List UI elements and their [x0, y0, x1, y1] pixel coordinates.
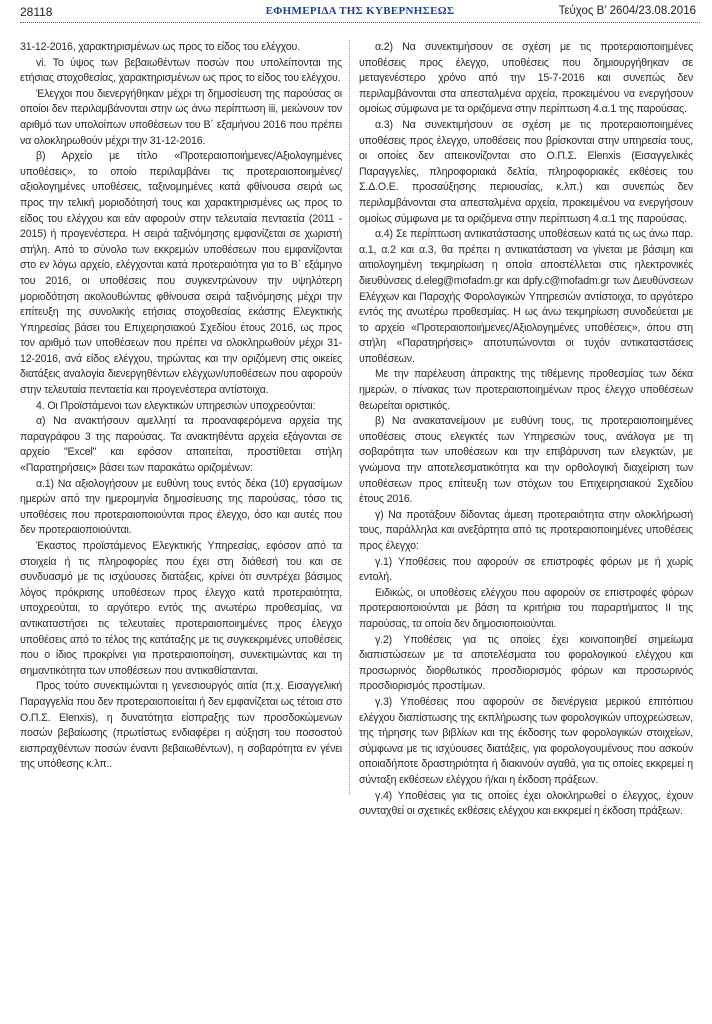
issue-number: Τεύχος Β’ 2604/23.08.2016	[559, 5, 696, 17]
paragraph: γ.1) Υποθέσεις που αφορούν σε επιστροφές…	[359, 555, 693, 586]
paragraph: α.2) Να συνεκτιμήσουν σε σχέση με τις πρ…	[359, 40, 693, 118]
left-column: 31-12-2016, χαρακτηρισμένων ως προς το ε…	[20, 40, 342, 773]
column-divider	[349, 40, 350, 795]
paragraph: γ.3) Υποθέσεις που αφορούν σε διενέργεια…	[359, 695, 693, 789]
paragraph: 4. Οι Προϊστάμενοι των ελεγκτικών υπηρεσ…	[20, 399, 342, 415]
paragraph: Έκαστος προϊστάμενος Ελεγκτικής Υπηρεσία…	[20, 539, 342, 679]
paragraph: γ) Να προτάξουν δίδοντας άμεση προτεραιό…	[359, 508, 693, 555]
paragraph: α.1) Να αξιολογήσουν με ευθύνη τους εντό…	[20, 477, 342, 539]
paragraph: γ.2) Υποθέσεις για τις οποίες έχει κοινο…	[359, 633, 693, 695]
paragraph: β) Αρχείο με τίτλο «Προτεραιοποιήμενες/Α…	[20, 149, 342, 399]
paragraph: α) Να ανακτήσουν αμελλητί τα προαναφερόμ…	[20, 414, 342, 476]
paragraph: Προς τούτο συνεκτιμώνται η γενεσιουργός …	[20, 679, 342, 773]
paragraph: 31-12-2016, χαρακτηρισμένων ως προς το ε…	[20, 40, 342, 56]
right-column: α.2) Να συνεκτιμήσουν σε σχέση με τις πρ…	[359, 40, 693, 820]
paragraph: vi. Το ύψος των βεβαιωθέντων ποσών που υ…	[20, 56, 342, 87]
paragraph: Με την παρέλευση άπρακτης της τιθέμενης …	[359, 367, 693, 414]
paragraph: β) Να ανακατανείμουν με ευθύνη τους, τις…	[359, 414, 693, 508]
paragraph: Ειδικώς, οι υποθέσεις ελέγχου που αφορού…	[359, 586, 693, 633]
paragraph: α.3) Να συνεκτιμήσουν σε σχέση με τις πρ…	[359, 118, 693, 227]
paragraph: α.4) Σε περίπτωση αντικατάστασης υποθέσε…	[359, 227, 693, 367]
header-rule	[20, 22, 700, 23]
paragraph: γ.4) Υποθέσεις για τις οποίες έχει ολοκλ…	[359, 789, 693, 820]
page-header: 28118 ΕΦΗΜΕΡΙΔΑ ΤΗΣ ΚΥΒΕΡΝΗΣΕΩΣ Τεύχος Β…	[20, 0, 700, 26]
paragraph: Έλεγχοι που διενεργήθηκαν μέχρι τη δημοσ…	[20, 87, 342, 149]
